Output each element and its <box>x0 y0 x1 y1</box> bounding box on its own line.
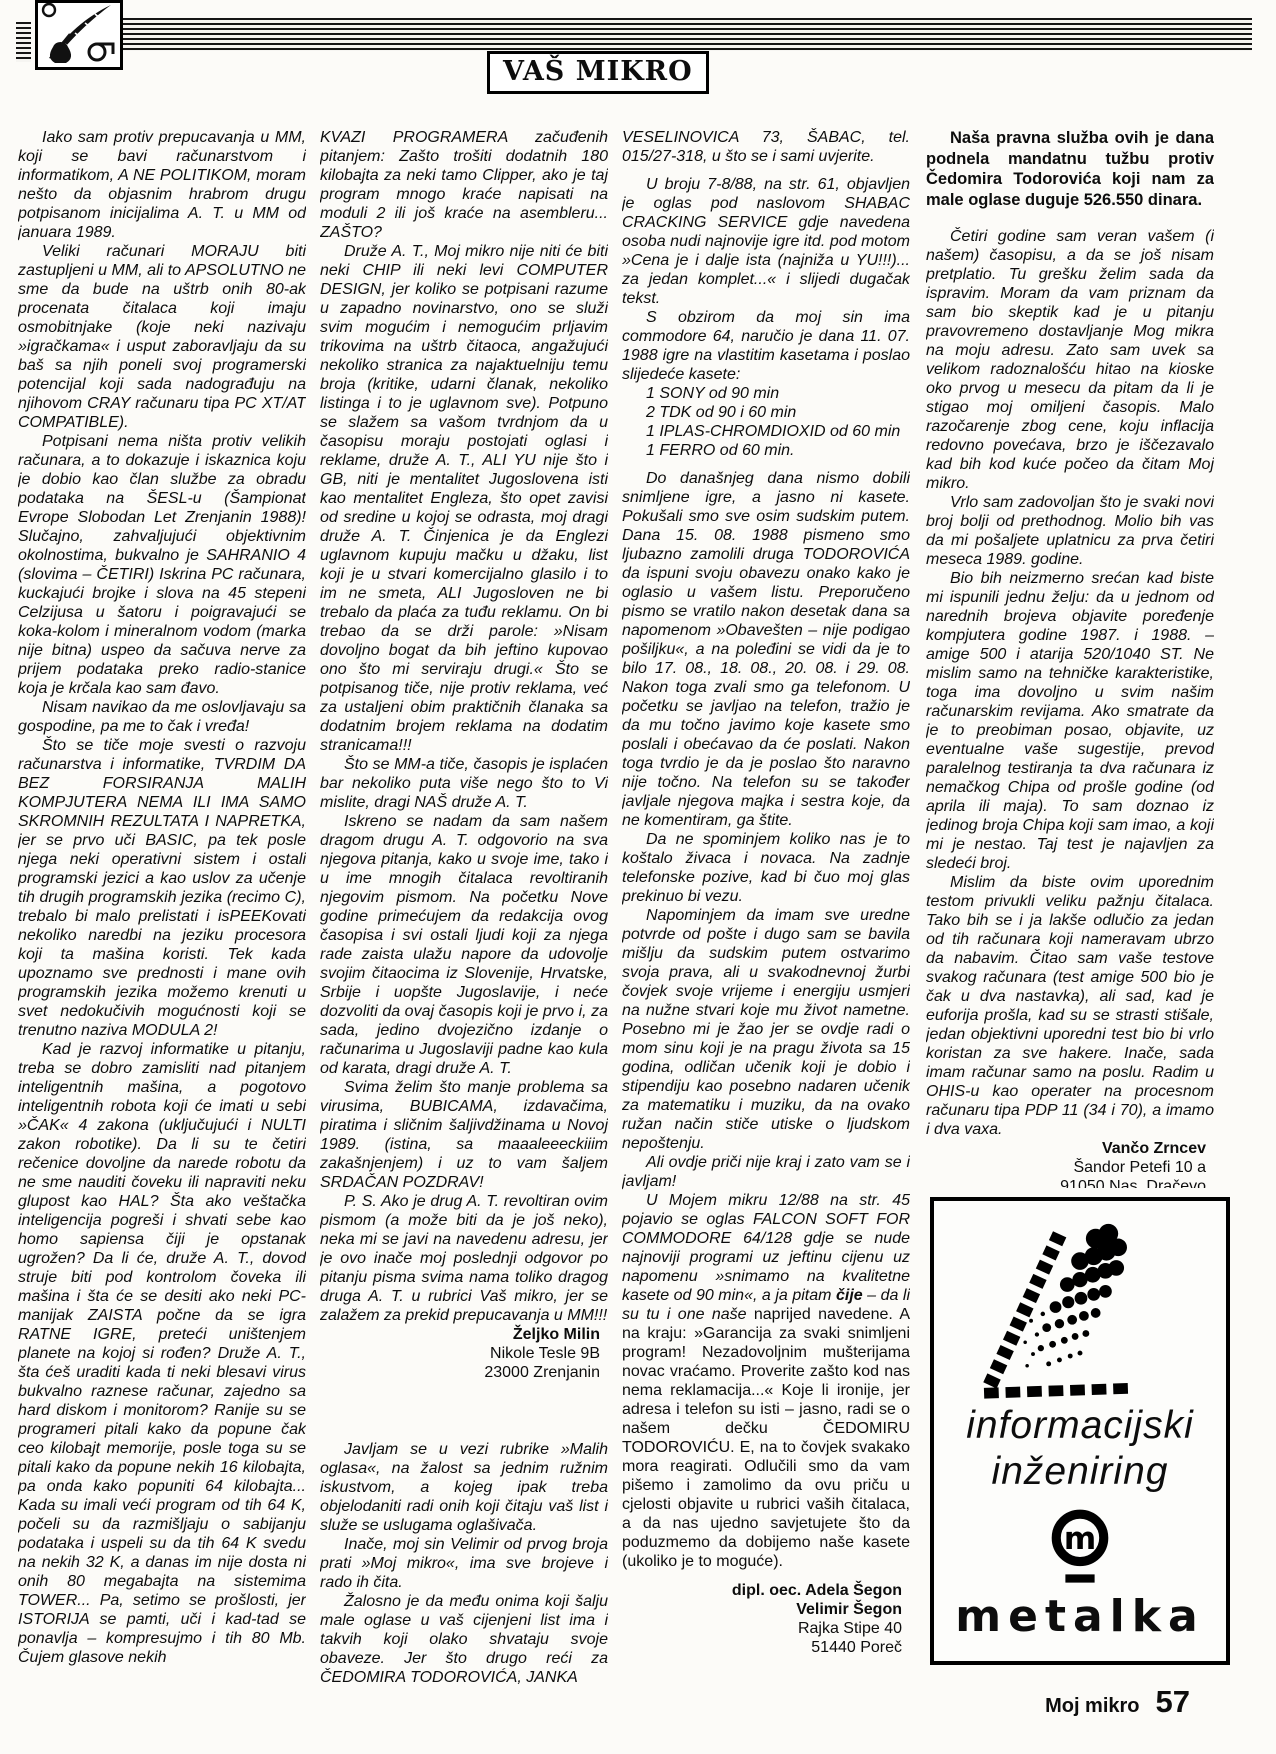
signature-address: Šandor Petefi 10 a <box>926 1158 1214 1177</box>
paragraph: Da ne spominjem koliko nas je to koštalo… <box>622 830 910 906</box>
signature-address: 91050 Nas. Dračevo <box>926 1177 1214 1188</box>
cassette-list-item: 1 SONY od 90 min <box>622 384 910 403</box>
text-column-3: VESELINOVICA 73, ŠABAC, tel. 015/27-318,… <box>622 128 910 1657</box>
signature-name: Željko Milin <box>320 1325 608 1344</box>
quill-illustration-svg <box>35 0 123 70</box>
text-column-4: Naša pravna služba ovih je dana podnela … <box>926 128 1214 1188</box>
paragraph: Inače, moj sin Velimir od prvog broja pr… <box>320 1535 608 1592</box>
magazine-name: Moj mikro <box>1045 1695 1139 1718</box>
emphasized-word: čije <box>836 1287 863 1304</box>
cassette-list-item: 2 TDK od 90 i 60 min <box>622 403 910 422</box>
signature-name: Vančo Zrncev <box>926 1139 1214 1158</box>
paragraph: U Mojem mikru 12/88 na str. 45 pojavio s… <box>622 1191 910 1571</box>
ad-brand-name: metalka <box>934 1591 1226 1642</box>
header-stripe-chip <box>16 22 31 62</box>
header-stripe-band <box>122 18 1252 51</box>
small-gap <box>622 1571 910 1581</box>
paragraph: Vrlo sam zadovoljan što je svaki novi br… <box>926 493 1214 569</box>
cassette-list-item: 1 FERRO od 60 min. <box>622 441 910 460</box>
paragraph: Nisam navikao da me oslovljavaju sa gosp… <box>18 698 306 736</box>
paragraph: Do današnjeg dana nismo dobili snimljene… <box>622 469 910 830</box>
signature-name: Velimir Šegon <box>622 1600 910 1619</box>
paragraph: Veliki računari MORAJU biti zastupljeni … <box>18 242 306 432</box>
quill-and-scroll-illustration <box>35 0 123 75</box>
cassette-list-item: 1 IPLAS-CHROMDIOXID od 60 min <box>622 422 910 441</box>
magazine-page: VAŠ MIKRO Iako sam protiv prepucavanja u… <box>0 0 1276 1754</box>
signature-name: dipl. oec. Adela Šegon <box>622 1581 910 1600</box>
text-column-1: Iako sam protiv prepucavanja u MM, koji … <box>18 128 306 1667</box>
ad-company-line-1: informacijski <box>934 1403 1226 1449</box>
paragraph: Iskreno se nadam da sam našem dragom dru… <box>320 812 608 1078</box>
signature-address: Rajka Stipe 40 <box>622 1619 910 1638</box>
paragraph: Bio bih neizmerno srećan kad biste mi is… <box>926 569 1214 873</box>
paragraph-roman-part: naprijed navedene. A na kraju: »Garancij… <box>622 1306 910 1570</box>
paragraph: Što se MM-a tiče, časopis je isplaćen ba… <box>320 755 608 812</box>
paragraph: Žalosno je da među onima koji šalju male… <box>320 1592 608 1687</box>
text-column-2: KVAZI PROGRAMERA začuđenih pitanjem: Zaš… <box>320 128 608 1687</box>
paragraph: Potpisani nema ništa protiv velikih raču… <box>18 432 306 698</box>
paragraph: KVAZI PROGRAMERA začuđenih pitanjem: Zaš… <box>320 128 608 242</box>
metalka-advertisement: informacijski inženiring m metalka <box>930 1197 1230 1665</box>
paragraph: Druže A. T., Moj mikro nije niti će biti… <box>320 242 608 755</box>
triangle-dots-logo-icon <box>960 1217 1200 1403</box>
paragraph: Mislim da biste ovim uporednim testom pr… <box>926 873 1214 1139</box>
paragraph: VESELINOVICA 73, ŠABAC, tel. 015/27-318,… <box>622 128 910 166</box>
editor-note: Naša pravna služba ovih je dana podnela … <box>926 128 1214 210</box>
signature-address: 23000 Zrenjanin <box>320 1363 608 1382</box>
paragraph: S obzirom da moj sin ima commodore 64, n… <box>622 308 910 384</box>
paragraph: Svima želim što manje problema sa virusi… <box>320 1078 608 1192</box>
section-title: VAŠ MIKRO <box>503 56 693 87</box>
paragraph: U broju 7-8/88, na str. 61, objavljen je… <box>622 175 910 308</box>
paragraph: Napominjem da imam sve uredne potvrde od… <box>622 906 910 1153</box>
paragraph: Iako sam protiv prepucavanja u MM, koji … <box>18 128 306 242</box>
section-title-box: VAŠ MIKRO <box>487 51 709 94</box>
ad-company-line-2: inženiring <box>934 1449 1226 1495</box>
letter-separator-gap <box>320 1382 608 1440</box>
paragraph: Javljam se u vezi rubrike »Malih oglasa«… <box>320 1440 608 1535</box>
paragraph: Što se tiče moje svesti o razvoju računa… <box>18 736 306 1040</box>
metalka-m-icon: m <box>1043 1505 1117 1589</box>
paragraph: Četiri godine sam veran vašem (i našem) … <box>926 227 1214 493</box>
paragraph: P. S. Ako je drug A. T. revoltiran ovim … <box>320 1192 608 1325</box>
paragraph: Ali ovdje priči nije kraj i zato vam se … <box>622 1153 910 1191</box>
page-footer: Moj mikro 57 <box>1045 1684 1190 1720</box>
paragraph: Kad je razvoj informatike u pitanju, tre… <box>18 1040 306 1667</box>
signature-address: Nikole Tesle 9B <box>320 1344 608 1363</box>
page-number: 57 <box>1156 1684 1190 1720</box>
signature-address: 51440 Poreč <box>622 1638 910 1657</box>
svg-text:m: m <box>1064 1521 1096 1557</box>
